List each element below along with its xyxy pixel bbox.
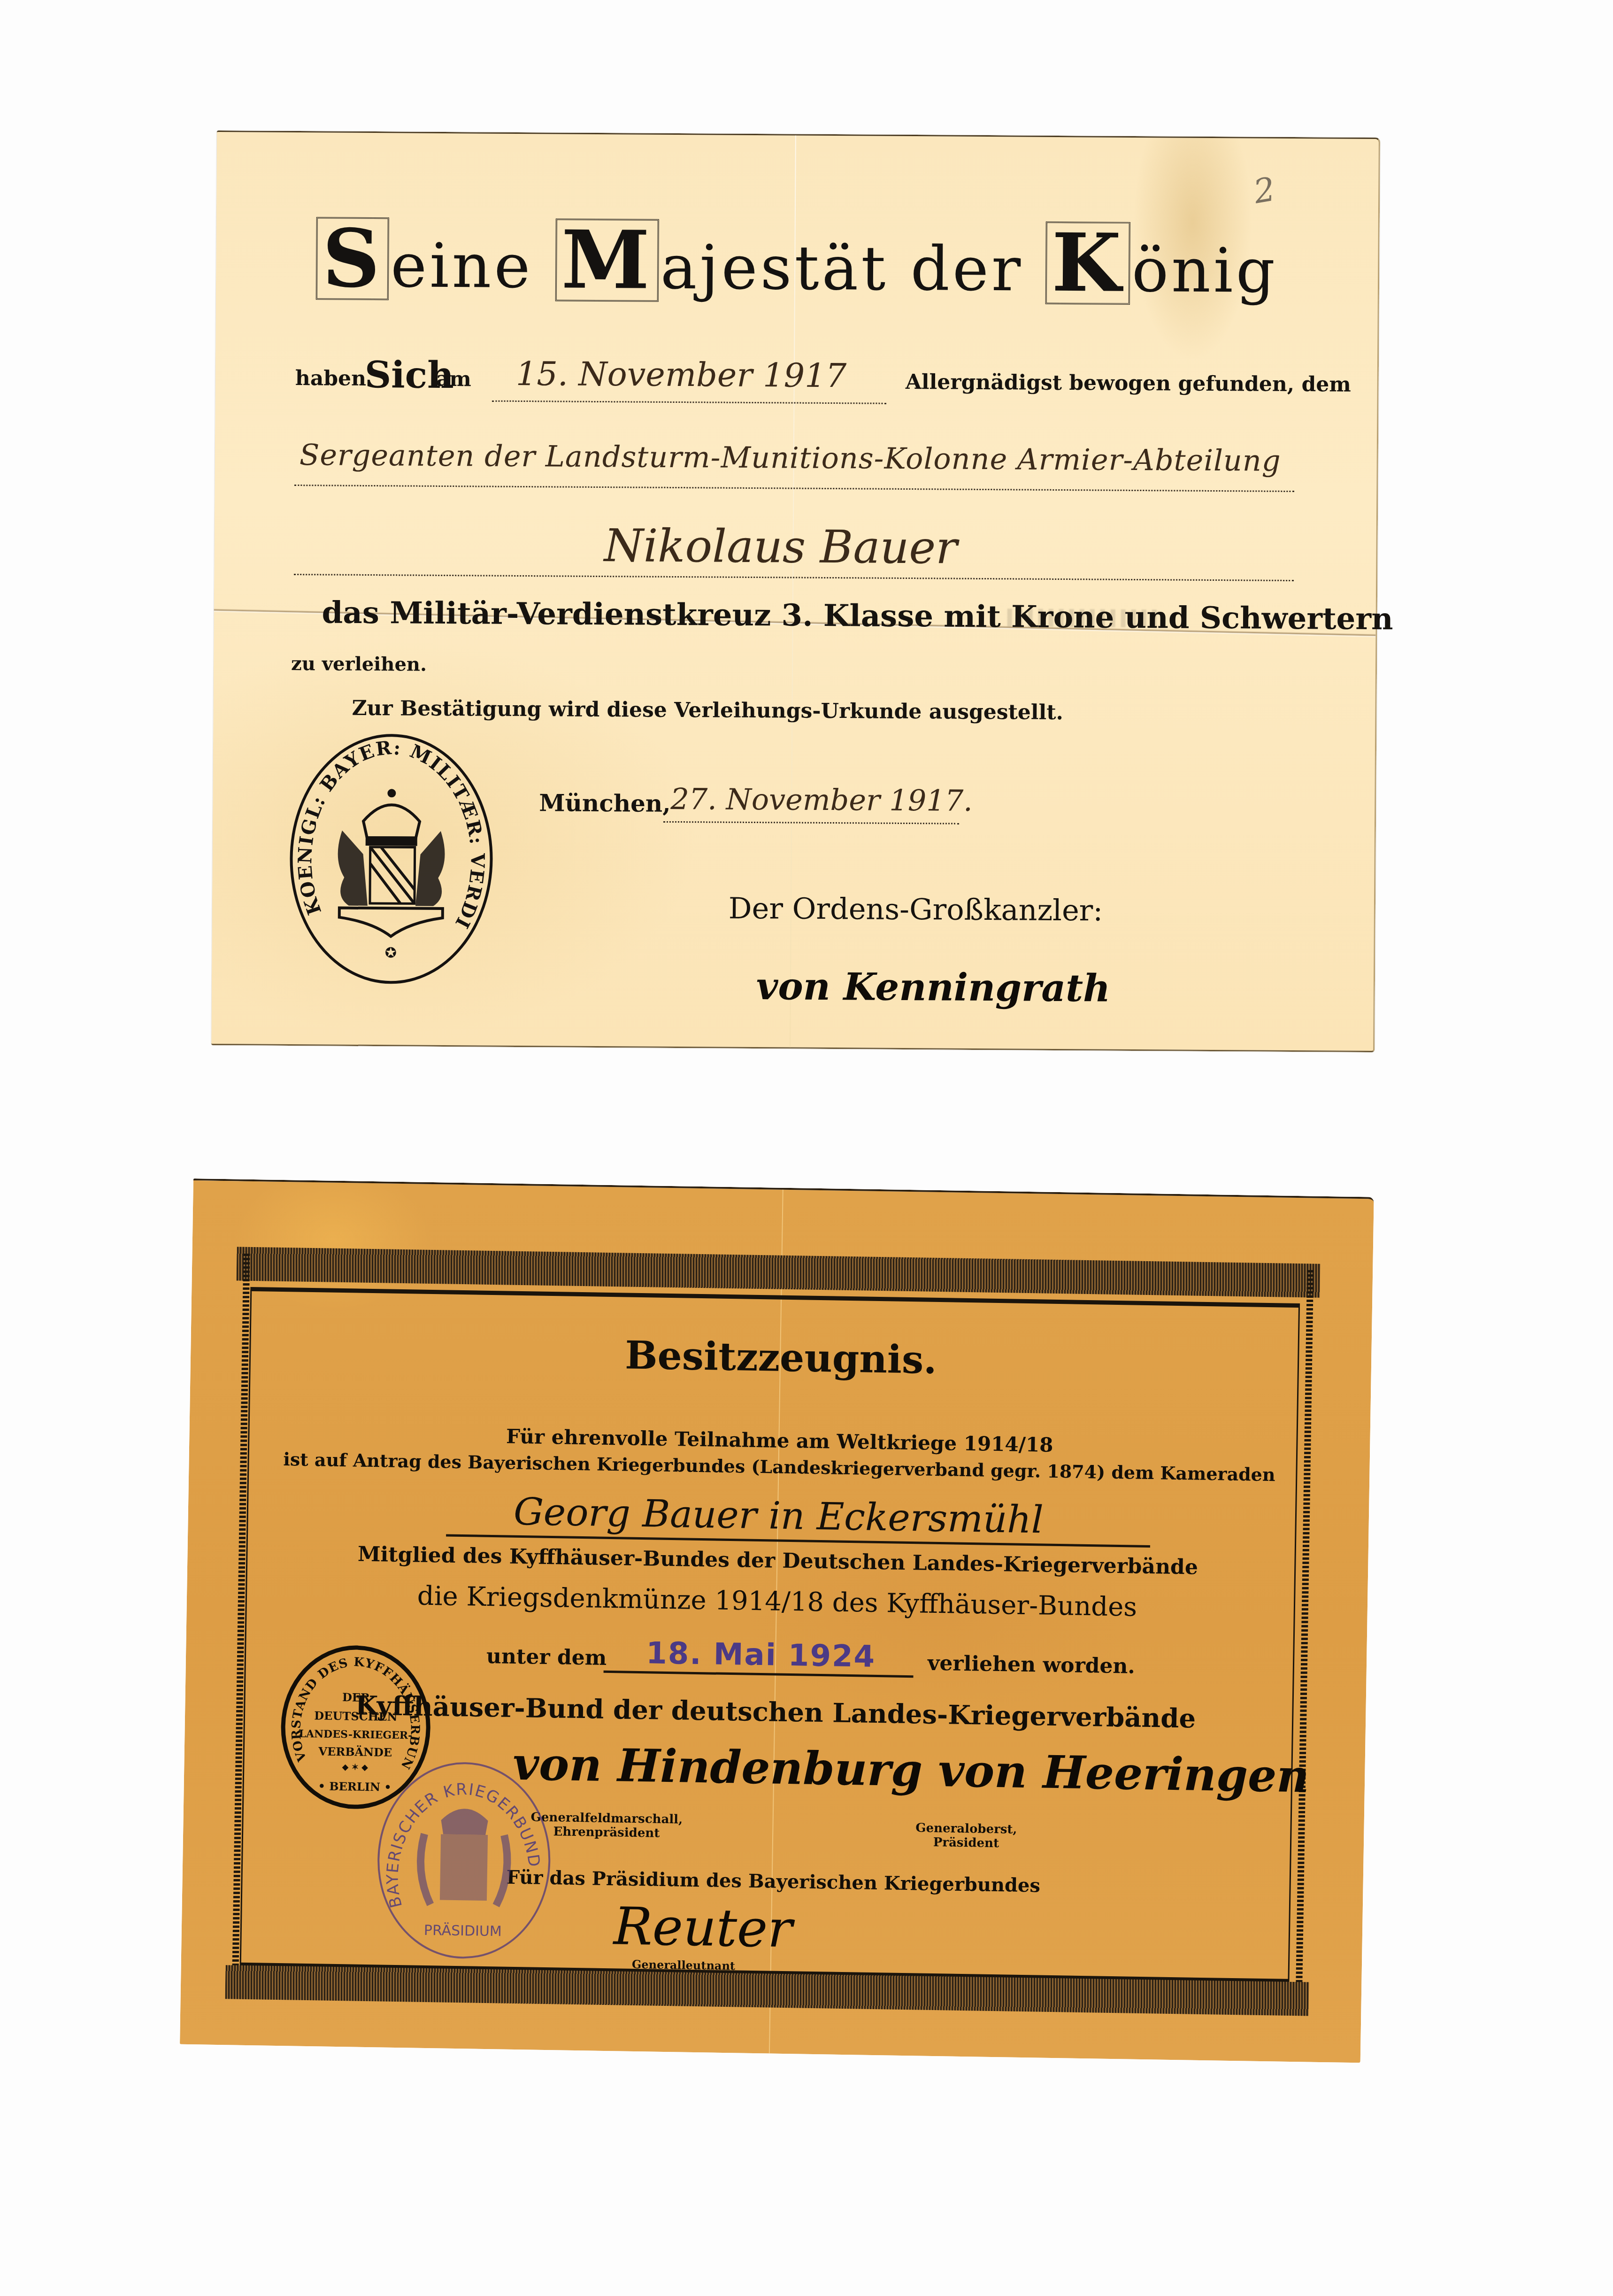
date-field-line — [492, 401, 886, 404]
signatory-title: Der Ordens-Großkanzler: — [729, 891, 1103, 928]
svg-text:◆ ✶ ◆: ◆ ✶ ◆ — [342, 1762, 369, 1772]
issue-date-line — [663, 821, 959, 824]
order-seal-icon: KOENIGL: BAYER: MILITÆR: VERDIENST-ORDEN… — [289, 733, 493, 985]
signer1-title: Generalfeldmarschall, Ehrenpräsident — [530, 1810, 683, 1841]
svg-text:LANDES-KRIEGER-: LANDES-KRIEGER- — [299, 1728, 412, 1742]
issue-date: 27. November 1917. — [670, 782, 973, 818]
text-am: am — [436, 367, 471, 391]
title-initial-m: M — [555, 218, 659, 301]
certificate-title: Seine Majestät der König — [216, 216, 1378, 307]
text-haben: haben — [295, 366, 367, 391]
confirmation-text: Zur Bestätigung wird diese Verleihungs-U… — [352, 696, 1063, 724]
title-initial-k: K — [1045, 222, 1130, 305]
recipient-rank: Sergeanten der Landsturm-Munitions-Kolon… — [300, 438, 1281, 478]
issue-place: München, — [539, 789, 671, 817]
bavarian-kriegerbund-seal-icon: BAYERISCHER KRIEGERBUND PRÄSIDIUM — [376, 1761, 552, 1960]
certificate-besitzzeugnis: Besitzzeugnis. Für ehrenvolle Teilnahme … — [180, 1179, 1374, 2063]
text-verliehen-worden: verliehen worden. — [928, 1651, 1136, 1679]
svg-text:PRÄSIDIUM: PRÄSIDIUM — [424, 1922, 502, 1940]
recipient-name: Nikolaus Bauer — [604, 519, 957, 574]
svg-text:DER: DER — [342, 1690, 371, 1704]
certificate-military-merit-cross: 2 Seine Majestät der König haben Sich am… — [211, 131, 1380, 1052]
grand-chancellor-signature: von Kenningrath — [756, 964, 1111, 1010]
title-initial-s: S — [316, 217, 389, 300]
award-date-stamp: 18. Mai 1924 — [646, 1636, 876, 1674]
text-unter-dem: unter dem — [486, 1644, 607, 1670]
signer3-title: Generalleutnant — [632, 1957, 736, 1972]
text-zu-verleihen: zu verleihen. — [291, 653, 427, 676]
signer2-title: Generaloberst, Präsident — [915, 1821, 1017, 1850]
svg-text:DEUTSCHEN: DEUTSCHEN — [314, 1709, 398, 1724]
reuter-signature: Reuter — [613, 1896, 793, 1959]
award-description: das Militär-Verdienstkreuz 3. Klasse mit… — [322, 595, 1393, 637]
rank-field-line — [294, 485, 1294, 492]
text-allergnaedigst: Allergnädigst bewogen gefunden, dem — [906, 370, 1351, 397]
name-field-line — [294, 574, 1294, 581]
svg-text:✪: ✪ — [385, 945, 397, 961]
svg-text:VERBÄNDE: VERBÄNDE — [318, 1744, 392, 1759]
award-decision-date: 15. November 1917 — [516, 354, 847, 395]
pencil-page-number: 2 — [1251, 170, 1278, 211]
